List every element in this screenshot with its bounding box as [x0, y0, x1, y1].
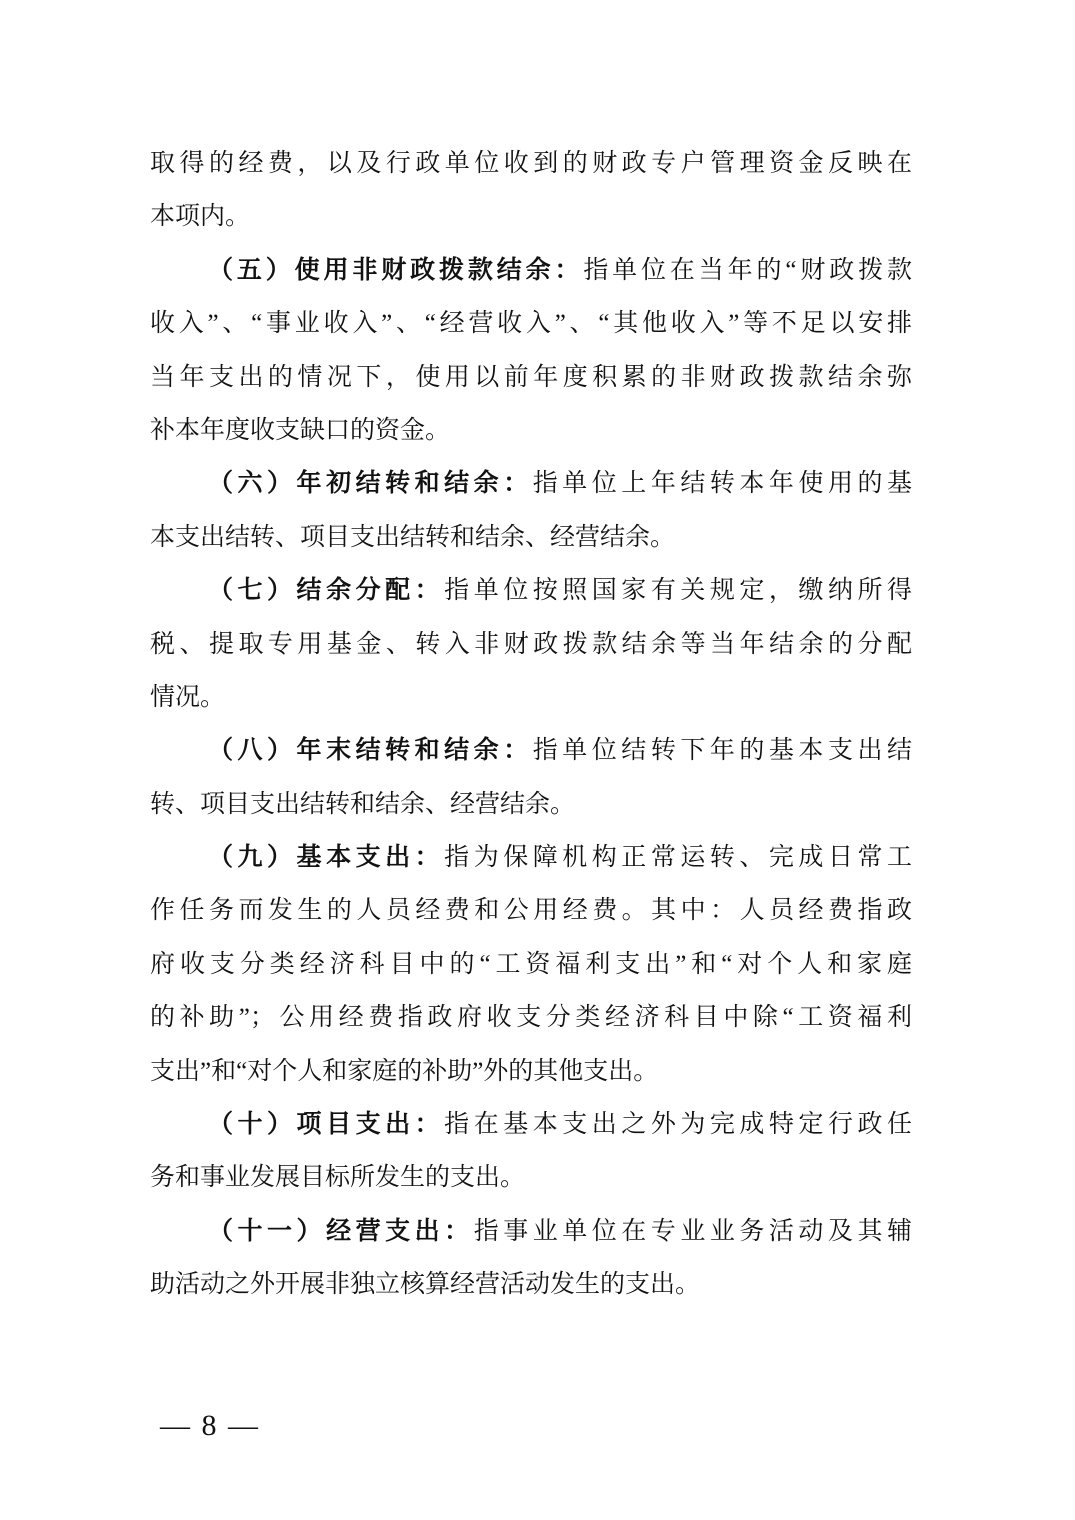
text-line: 作任务而发生的人员经费和公用经费。其中：人员经费指政 — [150, 884, 912, 937]
page-number: — 8 — — [160, 1411, 260, 1441]
paragraph-heading: （九）基本支出： — [208, 844, 444, 871]
text-line: （六）年初结转和结余：指单位上年结转本年使用的基 — [150, 457, 912, 510]
text-line: （七）结余分配：指单位按照国家有关规定，缴纳所得 — [150, 564, 912, 617]
paragraph-heading: （六）年初结转和结余： — [208, 470, 533, 497]
text-line: 务和事业发展目标所发生的支出。 — [150, 1151, 912, 1204]
paragraph-heading: （七）结余分配： — [208, 577, 444, 604]
text-line: 收入”、“事业收入”、“经营收入”、“其他收入”等不足以安排 — [150, 297, 912, 350]
paragraph-heading: （五）使用非财政拨款结余： — [208, 257, 583, 284]
text-line: （九）基本支出：指为保障机构正常运转、完成日常工 — [150, 831, 912, 884]
text-line: 税、提取专用基金、转入非财政拨款结余等当年结余的分配 — [150, 618, 912, 671]
text-line: 当年支出的情况下，使用以前年度积累的非财政拨款结余弥 — [150, 351, 912, 404]
text-line: 助活动之外开展非独立核算经营活动发生的支出。 — [150, 1258, 912, 1311]
text-line: 本项内。 — [150, 190, 912, 243]
text-line: （八）年末结转和结余：指单位结转下年的基本支出结 — [150, 724, 912, 777]
text-line: 情况。 — [150, 671, 912, 724]
text-line: 府收支分类经济科目中的“工资福利支出”和“对个人和家庭 — [150, 938, 912, 991]
paragraph-heading: （八）年末结转和结余： — [208, 737, 533, 764]
text-line: 取得的经费，以及行政单位收到的财政专户管理资金反映在 — [150, 137, 912, 190]
paragraph-heading: （十）项目支出： — [208, 1111, 444, 1138]
text-line: 的补助”；公用经费指政府收支分类经济科目中除“工资福利 — [150, 991, 912, 1044]
text-line: 支出”和“对个人和家庭的补助”外的其他支出。 — [150, 1045, 912, 1098]
text-line: 转、项目支出结转和结余、经营结余。 — [150, 778, 912, 831]
document-page: 取得的经费，以及行政单位收到的财政专户管理资金反映在本项内。（五）使用非财政拨款… — [0, 0, 1075, 1520]
text-line: （五）使用非财政拨款结余：指单位在当年的“财政拨款 — [150, 244, 912, 297]
text-line: （十）项目支出：指在基本支出之外为完成特定行政任 — [150, 1098, 912, 1151]
text-line: 补本年度收支缺口的资金。 — [150, 404, 912, 457]
text-line: （十一）经营支出：指事业单位在专业业务活动及其辅 — [150, 1205, 912, 1258]
paragraph-heading: （十一）经营支出： — [208, 1218, 474, 1245]
body-text: 取得的经费，以及行政单位收到的财政专户管理资金反映在本项内。（五）使用非财政拨款… — [150, 137, 912, 1312]
text-line: 本支出结转、项目支出结转和结余、经营结余。 — [150, 511, 912, 564]
